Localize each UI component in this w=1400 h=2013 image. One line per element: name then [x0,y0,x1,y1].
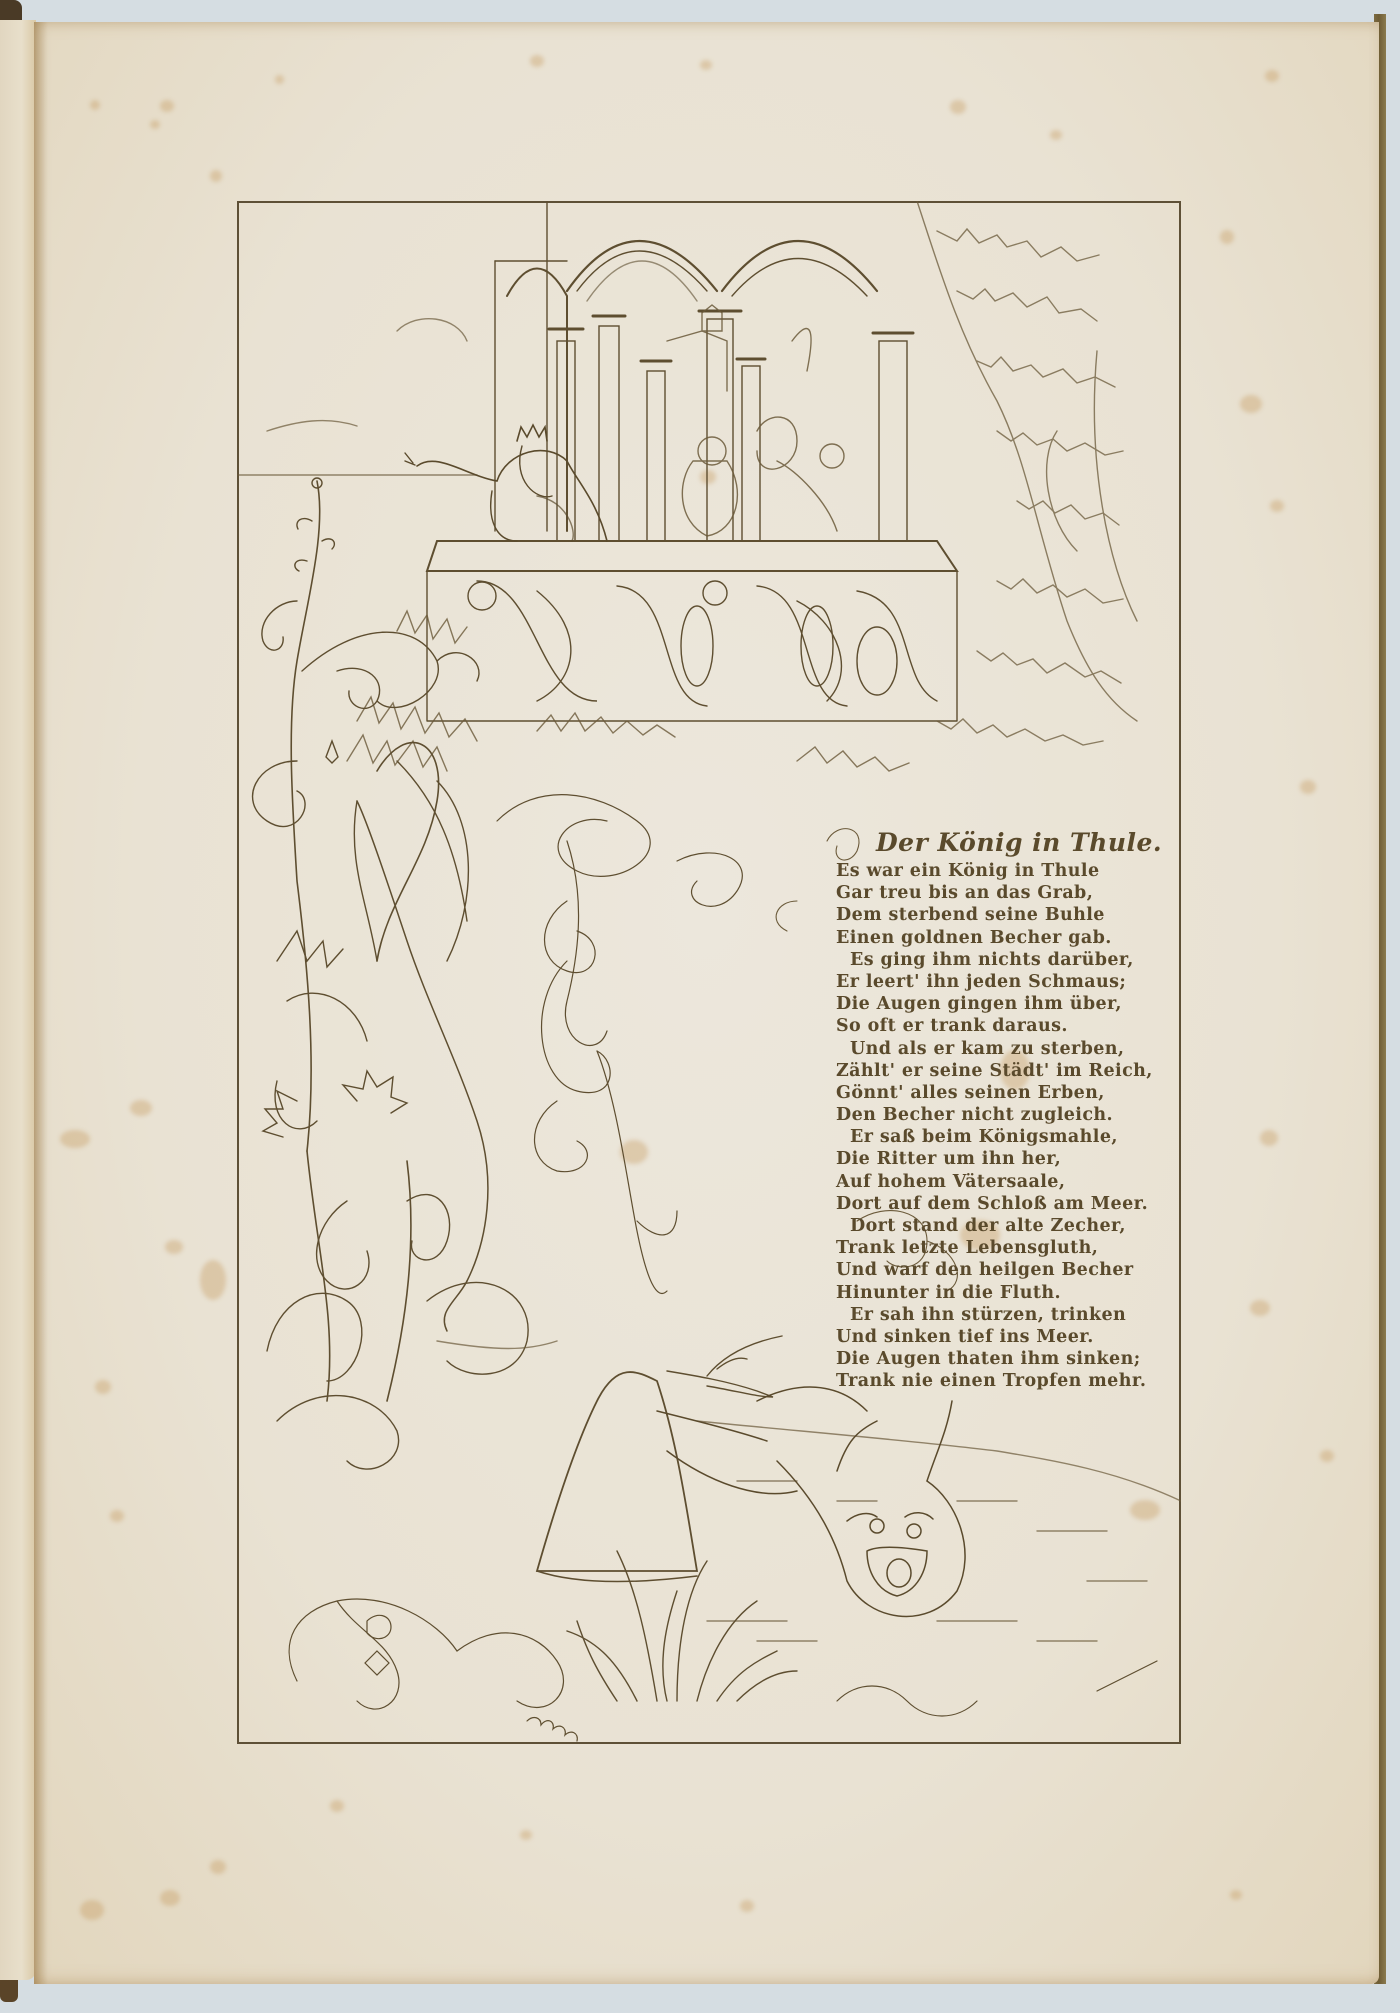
poem-line: Einen goldnen Becher gab. [836,927,1166,949]
poem-line: Und sinken tief ins Meer. [836,1326,1166,1348]
poem-line: Es war ein König in Thule [836,860,1166,882]
flowering-vines [253,478,529,1469]
poem: Der König in Thule. Es war ein König in … [836,826,1166,1393]
poem-line: Dort auf dem Schloß am Meer. [836,1193,1166,1215]
king-figure [405,425,607,541]
poem-line: Gar treu bis an das Grab, [836,882,1166,904]
poem-line: Und als er kam zu sterben, [836,1038,1166,1060]
stanza-3: Und als er kam zu sterben, Zählt' er sei… [836,1038,1166,1127]
poem-line: Gönnt' alles seinen Erben, [836,1082,1166,1104]
poem-line: Dort stand der alte Zecher, [836,1215,1166,1237]
poem-line: Er saß beim Königsmahle, [836,1126,1166,1148]
poem-line: Es ging ihm nichts darüber, [836,949,1166,971]
book-cover-corner-bottom [0,1980,18,2002]
shrubs [347,611,909,771]
poem-line: Zählt' er seine Städt' im Reich, [836,1060,1166,1082]
poem-line: Trank nie einen Tropfen mehr. [836,1370,1166,1392]
poem-line: Hinunter in die Fluth. [836,1282,1166,1304]
poem-line: So oft er trank daraus. [836,1015,1166,1037]
cliff-and-rocks [357,801,697,1581]
courtiers-and-castle [667,305,844,536]
stanza-5: Dort stand der alte Zecher, Trank letzte… [836,1215,1166,1304]
poem-title: Der König in Thule. [876,826,1166,860]
stanza-6: Er sah ihn stürzen, trinken Und sinken t… [836,1304,1166,1393]
poem-line: Und warf den heilgen Becher [836,1259,1166,1281]
poem-line: Die Augen thaten ihm sinken; [836,1348,1166,1370]
stanza-2: Es ging ihm nichts darüber, Er leert' ih… [836,949,1166,1038]
poem-line: Trank letzte Lebensgluth, [836,1237,1166,1259]
facing-page-edge [0,20,36,1980]
poem-line: Er leert' ihn jeden Schmaus; [836,971,1166,993]
calligraphic-flourishes [497,795,742,1294]
gothic-balcony [427,201,957,721]
stanza-4: Er saß beim Königsmahle, Die Ritter um i… [836,1126,1166,1215]
poem-line: Die Ritter um ihn her, [836,1148,1166,1170]
poem-line: Den Becher nicht zugleich. [836,1104,1166,1126]
sky-horizon [237,319,477,475]
stanza-1: Es war ein König in Thule Gar treu bis a… [836,860,1166,949]
tree-foliage [917,201,1137,745]
poem-line: Er sah ihn stürzen, trinken [836,1304,1166,1326]
reeds [567,1551,797,1701]
poem-line: Dem sterbend seine Buhle [836,904,1166,926]
poem-line: Die Augen gingen ihm über, [836,993,1166,1015]
book-cover-corner [0,0,22,22]
poem-line: Auf hohem Vätersaale, [836,1171,1166,1193]
seabird [667,1336,782,1397]
page-gutter-shadow [34,22,48,1984]
